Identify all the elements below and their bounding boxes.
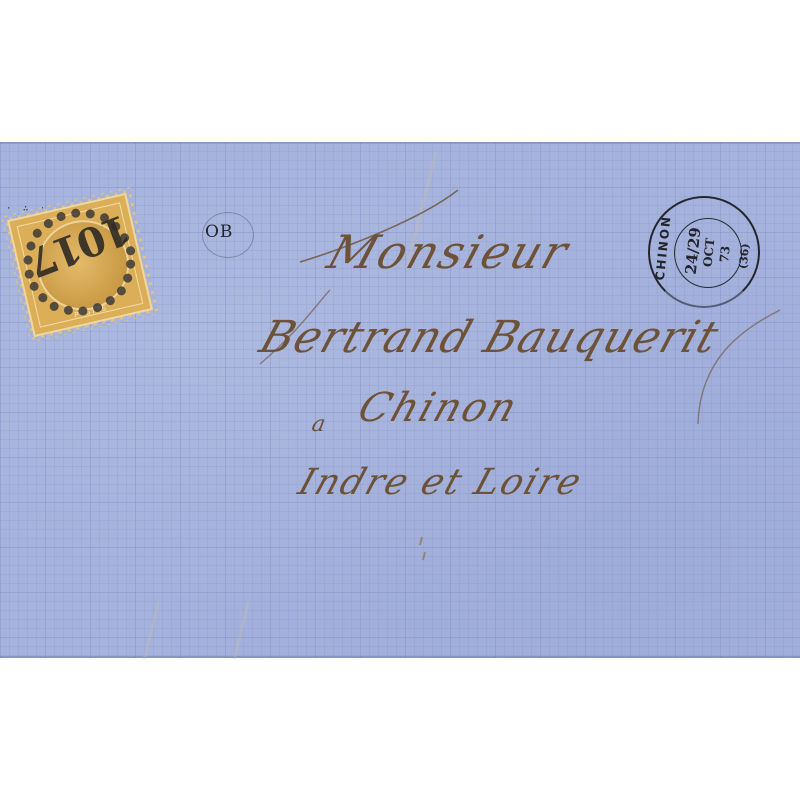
address-region: Indre et Loire [293, 462, 588, 503]
cancel-dot [126, 259, 137, 270]
address-city: Chinon [353, 385, 525, 431]
cancel-dot [49, 301, 60, 312]
datestamp-content: CHINON 24/29 OCT 73 (36) [642, 190, 765, 313]
cancel-dot [123, 273, 134, 284]
ob-mark-text: OB [205, 222, 233, 242]
cancel-dot [70, 207, 81, 218]
address-name: Bertrand Bauquerit [254, 312, 726, 363]
cover-bottom-edge [0, 656, 800, 658]
cancel-dot [28, 281, 39, 292]
cancel-dot [92, 303, 103, 314]
cancel-dot [78, 306, 89, 317]
cancel-dot [63, 305, 74, 316]
cancel-dot [43, 218, 54, 229]
cancel-dot [23, 268, 34, 279]
address-salutation: Monsieur [321, 225, 576, 279]
cover-top-edge [0, 142, 800, 144]
cancel-dot [115, 285, 126, 296]
datestamp-town: CHINON [650, 191, 676, 304]
cancel-dot [56, 211, 67, 222]
cancel-dot [105, 296, 116, 307]
circular-datestamp: CHINON 24/29 OCT 73 (36) [648, 196, 760, 308]
cancel-dot [37, 293, 48, 304]
